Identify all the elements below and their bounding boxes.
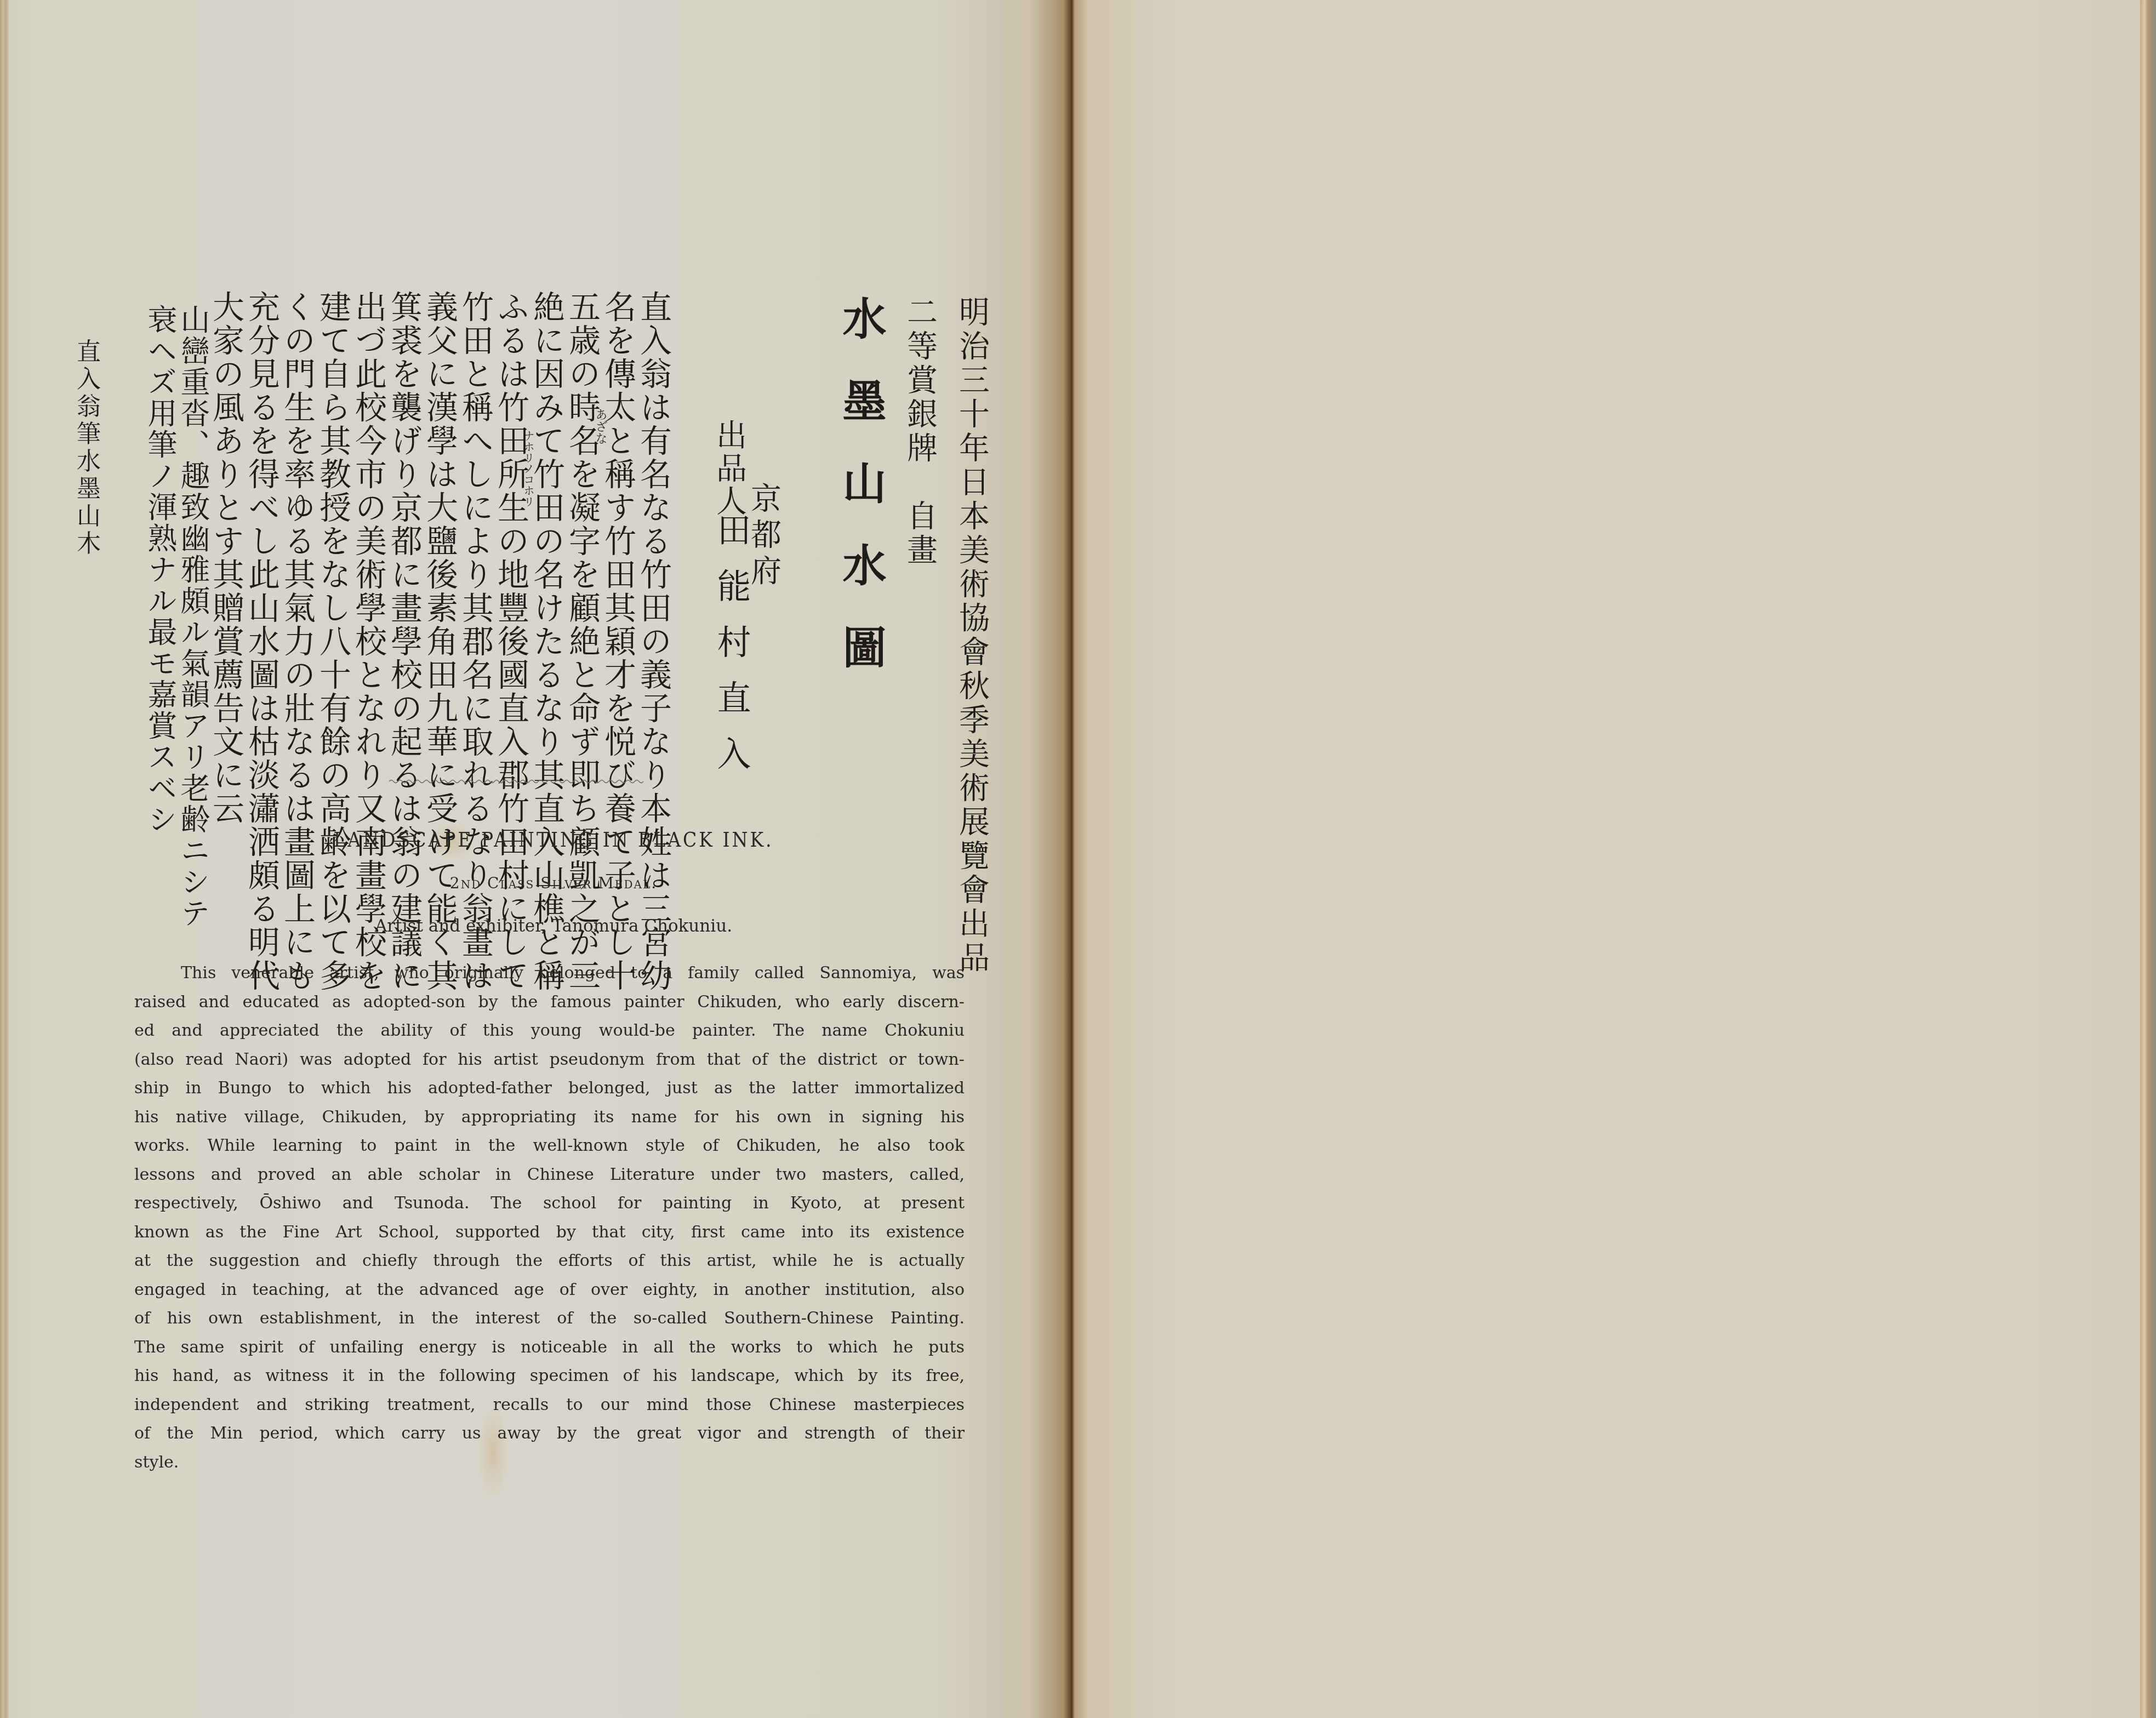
furigana: ナホリノコホリ — [521, 430, 537, 507]
furigana: あざな — [592, 408, 609, 444]
body-line: his hand, as witness it in the following… — [134, 1362, 965, 1391]
english-title: LANDSCAPE PAINTING IN BLACK INK. — [301, 827, 806, 852]
body-line: independent and striking treatment, reca… — [134, 1391, 965, 1420]
body-line: This venerable artist, who originally be… — [134, 959, 965, 988]
body-line: ship in Bungo to which his adopted-fathe… — [134, 1074, 965, 1103]
body-line: (also read Naori) was adopted for his ar… — [134, 1046, 965, 1075]
body-line: known as the Fine Art School, supported … — [134, 1218, 965, 1247]
right-page-edge — [2140, 0, 2156, 1718]
award-label: 二等賞銀牌 自畫 — [898, 296, 942, 568]
body-line: raised and educated as adopted-son by th… — [134, 988, 965, 1017]
body-column-quote: 衰ヘズ用筆ノ渾熟ナル最モ嘉賞スベシ — [145, 304, 175, 835]
left-page: 明治三十年日本美術協會秋季美術展覽會出品 二等賞銀牌 自畫 水墨山水圖 京都府 … — [0, 0, 1071, 1718]
illustration-caption: 直入翁筆水墨山木 — [69, 339, 104, 558]
body-line: style. — [134, 1448, 965, 1477]
left-page-edge — [0, 0, 9, 1718]
exhibition-header: 明治三十年日本美術協會秋季美術展覽會出品 — [950, 296, 994, 975]
english-body: This venerable artist, who originally be… — [134, 959, 965, 1477]
body-line: ed and appreciated the ability of this y… — [134, 1017, 965, 1046]
wavy-separator — [389, 778, 644, 785]
page-title: 水墨山水圖 — [829, 296, 892, 707]
body-line: respectively, Ōshiwo and Tsunoda. The sc… — [134, 1189, 965, 1218]
body-line: of the Min period, which carry us away b… — [134, 1419, 965, 1448]
body-line: lessons and proved an able scholar in Ch… — [134, 1161, 965, 1190]
body-column: 大家の風ありとす其贈賞薦告文に云 — [210, 290, 242, 825]
body-column: 充分見るを得べし此山水圖は枯淡瀟洒頗る明代 — [246, 290, 277, 992]
right-page-blank — [1071, 0, 2148, 1718]
exhibitor-label: 出品人 — [707, 419, 751, 518]
body-column-quote: 山巒重沓、趣致幽雅頗ル氣韻アリ老齢ニシテ — [178, 304, 208, 929]
body-line: of his own establishment, in the interes… — [134, 1304, 965, 1333]
body-line: works. While learning to paint in the we… — [134, 1132, 965, 1161]
english-artist-line: Artist and exhibiter, Tanomura Chokuniu. — [301, 916, 806, 936]
artist-name: 田能村直入 — [707, 512, 756, 792]
body-line: his native village, Chikuden, by appropr… — [134, 1103, 965, 1132]
body-line: engaged in teaching, at the advanced age… — [134, 1276, 965, 1305]
english-medal: 2nd Class Silver Medal. — [301, 874, 806, 892]
book-spread: 明治三十年日本美術協會秋季美術展覽會出品 二等賞銀牌 自畫 水墨山水圖 京都府 … — [0, 0, 2156, 1718]
body-line: at the suggestion and chiefly through th… — [134, 1247, 965, 1276]
body-line: The same spirit of unfailing energy is n… — [134, 1333, 965, 1362]
